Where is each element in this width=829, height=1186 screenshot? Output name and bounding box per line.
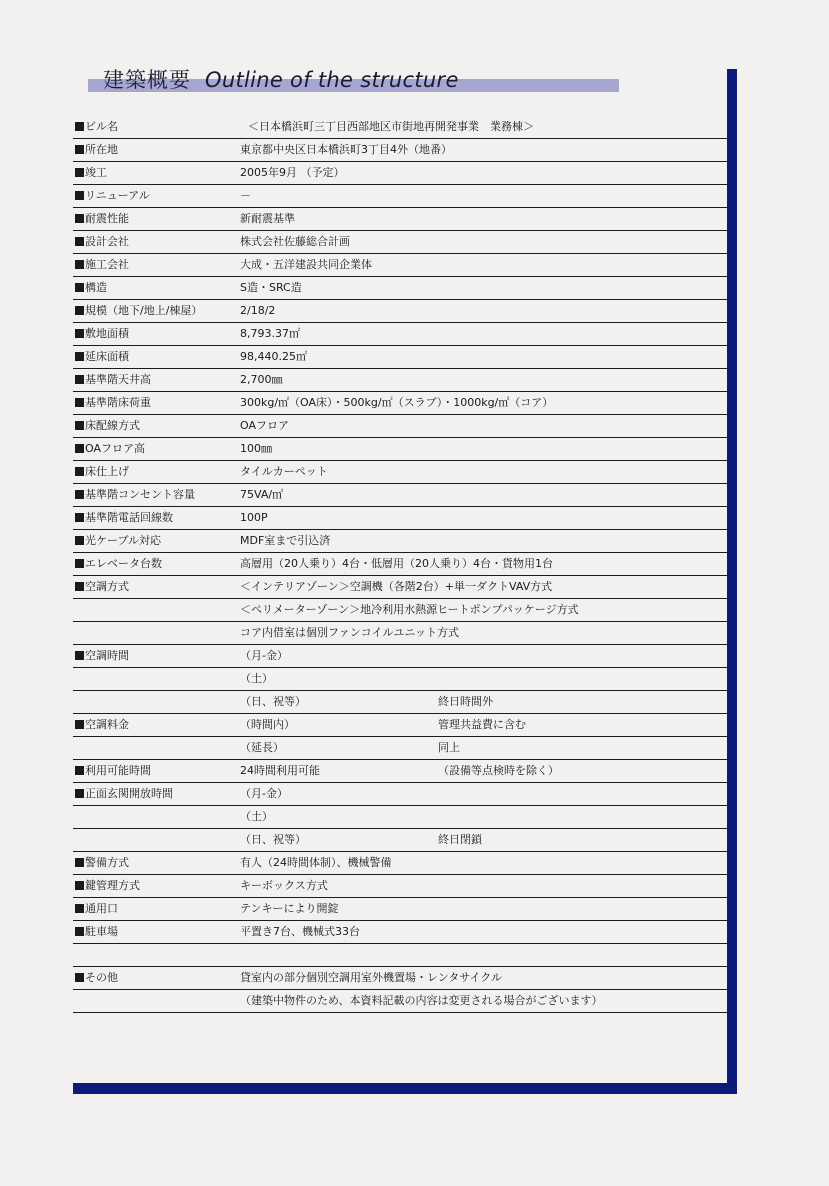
table-row: 所在地 東京都中央区日本橋浜町3丁目4外（地番） (73, 139, 727, 162)
row-label-text: 耐震性能 (85, 212, 129, 225)
row-value-secondary: 終日時間外 (438, 691, 493, 713)
row-value: （時間内） (240, 714, 295, 736)
row-label: 延床面積 (75, 346, 129, 368)
table-row: 正面玄関開放時間 （月-金） (73, 783, 727, 806)
bottom-border-bar (73, 1083, 737, 1094)
row-value: コア内借室は個別ファンコイルユニット方式 (240, 622, 459, 644)
row-value: 100P (240, 507, 268, 529)
row-value-secondary: （設備等点検時を除く） (438, 760, 559, 782)
page-title-japanese: 建築概要 (103, 64, 191, 94)
row-label: 敷地面積 (75, 323, 129, 345)
square-bullet-icon (75, 237, 84, 246)
square-bullet-icon (75, 536, 84, 545)
row-label-text: OAフロア高 (85, 442, 145, 455)
square-bullet-icon (75, 927, 84, 936)
row-value: OAフロア (240, 415, 289, 437)
row-label-text: エレベータ台数 (85, 557, 162, 570)
row-value: （日、祝等） (240, 691, 306, 713)
row-value: S造・SRC造 (240, 277, 302, 299)
row-label: 駐車場 (75, 921, 118, 943)
row-value: ＜日本橋浜町三丁目西部地区市街地再開発事業 業務棟＞ (248, 116, 534, 138)
square-bullet-icon (75, 582, 84, 591)
row-label-text: 警備方式 (85, 856, 129, 869)
row-label: 床仕上げ (75, 461, 129, 483)
row-label-text: 床仕上げ (85, 465, 129, 478)
row-value: （日、祝等） (240, 829, 306, 851)
row-label-text: 基準階電話回線数 (85, 511, 173, 524)
table-row: （建築中物件のため、本資料記載の内容は変更される場合がございます） (73, 990, 727, 1013)
row-label-text: 空調料金 (85, 718, 129, 731)
square-bullet-icon (75, 651, 84, 660)
row-value: 2,700㎜ (240, 369, 283, 391)
row-label: OAフロア高 (75, 438, 145, 460)
table-row: リニューアル － (73, 185, 727, 208)
row-value: ＜ペリメーターゾーン＞地冷利用水熱源ヒートポンプパッケージ方式 (240, 599, 579, 621)
row-label: 耐震性能 (75, 208, 129, 230)
row-value: 高層用（20人乗り）4台・低層用（20人乗り）4台・貨物用1台 (240, 553, 553, 575)
table-row: OAフロア高 100㎜ (73, 438, 727, 461)
table-row: 空調時間 （月-金） (73, 645, 727, 668)
square-bullet-icon (75, 973, 84, 982)
row-label: 基準階電話回線数 (75, 507, 173, 529)
row-value: （土） (240, 668, 273, 690)
square-bullet-icon (75, 145, 84, 154)
row-value: MDF室まで引込済 (240, 530, 330, 552)
row-label-text: 設計会社 (85, 235, 129, 248)
table-row: 基準階電話回線数 100P (73, 507, 727, 530)
square-bullet-icon (75, 720, 84, 729)
page-title-english: Outline of the structure (205, 68, 459, 92)
row-label: 空調方式 (75, 576, 129, 598)
row-label-text: 延床面積 (85, 350, 129, 363)
row-label: 所在地 (75, 139, 118, 161)
row-value: （月-金） (240, 783, 288, 805)
row-label: その他 (75, 967, 118, 989)
row-label-text: 構造 (85, 281, 107, 294)
row-value: 300kg/㎡（OA床）・500kg/㎡（スラブ）・1000kg/㎡（コア） (240, 392, 553, 414)
table-row: 床仕上げ タイルカーペット (73, 461, 727, 484)
row-label-text: その他 (85, 971, 118, 984)
row-label-text: 基準階天井高 (85, 373, 151, 386)
table-row: 駐車場 平置き7台、機械式33台 (73, 921, 727, 944)
row-value: 有人（24時間体制）、機械警備 (240, 852, 392, 874)
square-bullet-icon (75, 398, 84, 407)
row-value: （建築中物件のため、本資料記載の内容は変更される場合がございます） (240, 990, 603, 1012)
table-row: その他 貸室内の部分個別空調用室外機置場・レンタサイクル (73, 967, 727, 990)
table-row: （日、祝等） 終日閉鎖 (73, 829, 727, 852)
row-value: 75VA/㎡ (240, 484, 283, 506)
row-label-text: リニューアル (85, 189, 150, 202)
row-value: 98,440.25㎡ (240, 346, 307, 368)
row-label: 構造 (75, 277, 107, 299)
row-label: リニューアル (75, 185, 150, 207)
row-label: 通用口 (75, 898, 118, 920)
row-label-text: 空調時間 (85, 649, 129, 662)
row-label: 基準階床荷重 (75, 392, 151, 414)
row-label: 設計会社 (75, 231, 129, 253)
square-bullet-icon (75, 329, 84, 338)
page-title: 建築概要 Outline of the structure (103, 64, 459, 96)
row-value: 2005年9月 （予定） (240, 162, 345, 184)
right-border-bar (727, 69, 737, 1094)
row-label-text: 所在地 (85, 143, 118, 156)
row-label: 利用可能時間 (75, 760, 151, 782)
row-value: 新耐震基準 (240, 208, 295, 230)
row-value: 株式会社佐藤総合計画 (240, 231, 350, 253)
row-label: 光ケーブル対応 (75, 530, 161, 552)
table-row: 利用可能時間 24時間利用可能 （設備等点検時を除く） (73, 760, 727, 783)
row-value: タイルカーペット (240, 461, 328, 483)
table-row: 敷地面積 8,793.37㎡ (73, 323, 727, 346)
table-row: （土） (73, 806, 727, 829)
square-bullet-icon (75, 559, 84, 568)
square-bullet-icon (75, 881, 84, 890)
row-value: （土） (240, 806, 273, 828)
square-bullet-icon (75, 467, 84, 476)
table-row: 警備方式 有人（24時間体制）、機械警備 (73, 852, 727, 875)
row-value: 東京都中央区日本橋浜町3丁目4外（地番） (240, 139, 452, 161)
square-bullet-icon (75, 513, 84, 522)
row-label: ビル名 (75, 116, 118, 138)
row-label: 正面玄関開放時間 (75, 783, 173, 805)
row-label: 竣工 (75, 162, 107, 184)
row-label: 空調時間 (75, 645, 129, 667)
square-bullet-icon (75, 191, 84, 200)
row-label: 規模（地下/地上/棟屋） (75, 300, 202, 322)
row-value: 貸室内の部分個別空調用室外機置場・レンタサイクル (240, 967, 502, 989)
row-label-text: 駐車場 (85, 925, 118, 938)
row-label-text: 規模（地下/地上/棟屋） (85, 304, 202, 317)
table-row: 空調料金 （時間内） 管理共益費に含む (73, 714, 727, 737)
table-row: ＜ペリメーターゾーン＞地冷利用水熱源ヒートポンプパッケージ方式 (73, 599, 727, 622)
row-label: 警備方式 (75, 852, 129, 874)
table-row: 施工会社 大成・五洋建設共同企業体 (73, 254, 727, 277)
square-bullet-icon (75, 421, 84, 430)
table-row: 光ケーブル対応 MDF室まで引込済 (73, 530, 727, 553)
square-bullet-icon (75, 444, 84, 453)
row-label-text: 施工会社 (85, 258, 129, 271)
table-row: 基準階天井高 2,700㎜ (73, 369, 727, 392)
table-row: 基準階コンセント容量 75VA/㎡ (73, 484, 727, 507)
square-bullet-icon (75, 283, 84, 292)
row-label: 床配線方式 (75, 415, 140, 437)
row-value-secondary: 終日閉鎖 (438, 829, 482, 851)
row-label-text: 正面玄関開放時間 (85, 787, 173, 800)
square-bullet-icon (75, 789, 84, 798)
table-row: 竣工 2005年9月 （予定） (73, 162, 727, 185)
table-row: 鍵管理方式 キーボックス方式 (73, 875, 727, 898)
row-label: 空調料金 (75, 714, 129, 736)
row-label-text: 光ケーブル対応 (85, 534, 161, 547)
square-bullet-icon (75, 260, 84, 269)
row-label-text: 基準階床荷重 (85, 396, 151, 409)
square-bullet-icon (75, 904, 84, 913)
row-value: 24時間利用可能 (240, 760, 320, 782)
row-label-text: 竣工 (85, 166, 107, 179)
row-label-text: 敷地面積 (85, 327, 129, 340)
table-row: 構造 S造・SRC造 (73, 277, 727, 300)
table-row: 規模（地下/地上/棟屋） 2/18/2 (73, 300, 727, 323)
row-label-text: 鍵管理方式 (85, 879, 140, 892)
row-value: － (240, 185, 251, 207)
row-value: ＜インテリアゾーン＞空調機（各階2台）+単一ダクトVAV方式 (240, 576, 552, 598)
row-value-secondary: 管理共益費に含む (438, 714, 526, 736)
square-bullet-icon (75, 490, 84, 499)
row-value: 2/18/2 (240, 300, 275, 322)
row-value: 8,793.37㎡ (240, 323, 300, 345)
row-value: 100㎜ (240, 438, 272, 460)
table-row: 空調方式 ＜インテリアゾーン＞空調機（各階2台）+単一ダクトVAV方式 (73, 576, 727, 599)
row-label: 鍵管理方式 (75, 875, 140, 897)
table-row: 延床面積 98,440.25㎡ (73, 346, 727, 369)
row-label-text: 基準階コンセント容量 (85, 488, 195, 501)
table-row: 耐震性能 新耐震基準 (73, 208, 727, 231)
table-row: エレベータ台数 高層用（20人乗り）4台・低層用（20人乗り）4台・貨物用1台 (73, 553, 727, 576)
row-value: （延長） (240, 737, 284, 759)
table-row: （延長） 同上 (73, 737, 727, 760)
table-row: （土） (73, 668, 727, 691)
row-label-text: 通用口 (85, 902, 118, 915)
square-bullet-icon (75, 214, 84, 223)
square-bullet-icon (75, 375, 84, 384)
table-row: ビル名 ＜日本橋浜町三丁目西部地区市街地再開発事業 業務棟＞ (73, 116, 727, 139)
square-bullet-icon (75, 306, 84, 315)
row-label-text: 空調方式 (85, 580, 129, 593)
row-value-secondary: 同上 (438, 737, 460, 759)
row-value: 平置き7台、機械式33台 (240, 921, 360, 943)
square-bullet-icon (75, 766, 84, 775)
structure-outline-table: ビル名 ＜日本橋浜町三丁目西部地区市街地再開発事業 業務棟＞ 所在地 東京都中央… (73, 116, 727, 1013)
row-value: （月-金） (240, 645, 288, 667)
row-label: 基準階天井高 (75, 369, 151, 391)
row-label-text: 床配線方式 (85, 419, 140, 432)
table-row (73, 944, 727, 967)
row-label: 基準階コンセント容量 (75, 484, 195, 506)
square-bullet-icon (75, 858, 84, 867)
table-row: （日、祝等） 終日時間外 (73, 691, 727, 714)
square-bullet-icon (75, 122, 84, 131)
table-row: 通用口 テンキーにより開錠 (73, 898, 727, 921)
row-value: テンキーにより開錠 (240, 898, 338, 920)
row-label: エレベータ台数 (75, 553, 162, 575)
table-row: 設計会社 株式会社佐藤総合計画 (73, 231, 727, 254)
table-row: 基準階床荷重 300kg/㎡（OA床）・500kg/㎡（スラブ）・1000kg/… (73, 392, 727, 415)
row-label-text: ビル名 (85, 120, 118, 133)
table-row: 床配線方式 OAフロア (73, 415, 727, 438)
row-value: キーボックス方式 (240, 875, 328, 897)
table-row: コア内借室は個別ファンコイルユニット方式 (73, 622, 727, 645)
square-bullet-icon (75, 352, 84, 361)
row-label-text: 利用可能時間 (85, 764, 151, 777)
row-value: 大成・五洋建設共同企業体 (240, 254, 372, 276)
row-label: 施工会社 (75, 254, 129, 276)
square-bullet-icon (75, 168, 84, 177)
